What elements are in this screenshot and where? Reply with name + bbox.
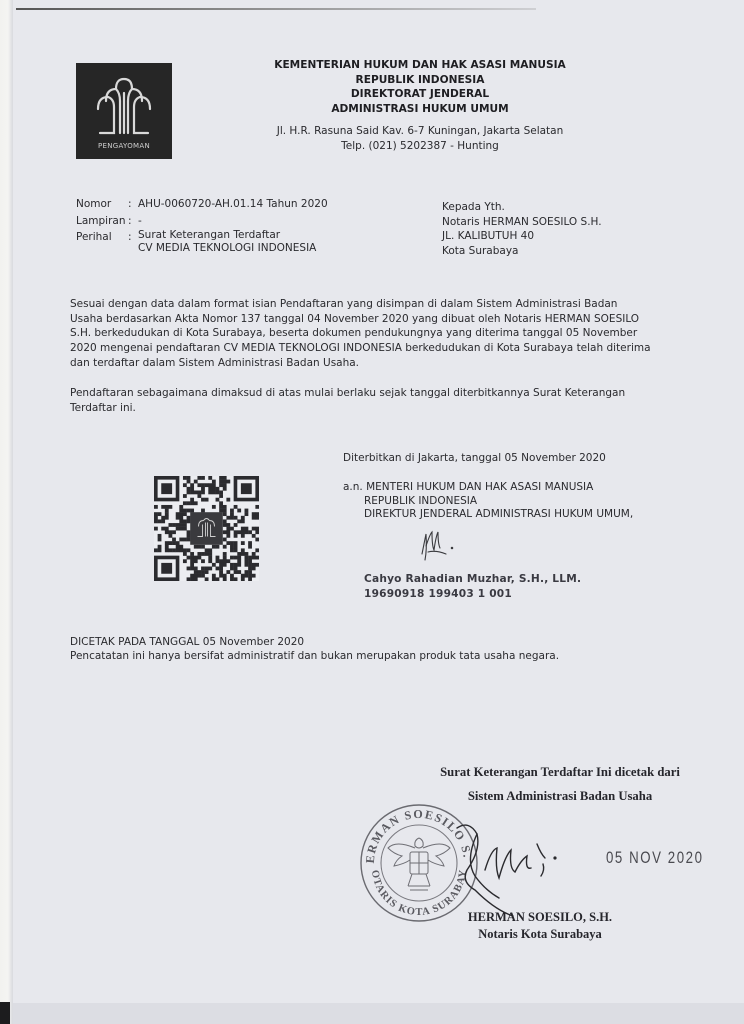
recipient-block: Kepada Yth. Notaris HERMAN SOESILO S.H. …	[442, 200, 602, 259]
office-phone: Telp. (021) 5202387 - Hunting	[240, 139, 600, 154]
scan-top-line	[16, 8, 536, 10]
printed-date: DICETAK PADA TANGGAL 05 November 2020	[70, 636, 559, 650]
qr-code-icon	[154, 476, 259, 581]
paragraph-line: S.H. berkedudukan di Kota Surabaya, bese…	[70, 326, 680, 341]
meta-colon: :	[128, 213, 138, 230]
office-address: Jl. H.R. Rasuna Said Kav. 6-7 Kuningan, …	[240, 124, 600, 139]
paragraph-line: Pendaftaran sebagaimana dimaksud di atas…	[70, 386, 680, 401]
date-stamp: 05 NOV 2020	[606, 848, 704, 868]
on-behalf-line: a.n. MENTERI HUKUM DAN HAK ASASI MANUSIA	[343, 481, 633, 495]
recipient-name: Notaris HERMAN SOESILO S.H.	[442, 215, 602, 230]
signature-icon	[455, 820, 595, 920]
scan-left-edge	[0, 0, 13, 1024]
reference-number: AHU-0060720-AH.01.14 Tahun 2020	[138, 196, 328, 213]
attachment-value: -	[138, 213, 142, 230]
official-info: Cahyo Rahadian Muzhar, S.H., LLM. 196909…	[364, 572, 581, 602]
paragraph-line: Terdaftar ini.	[70, 401, 680, 416]
scan-bottom-band	[13, 1003, 744, 1024]
on-behalf-block: a.n. MENTERI HUKUM DAN HAK ASASI MANUSIA…	[343, 481, 633, 522]
country-name: REPUBLIK INDONESIA	[240, 73, 600, 88]
notary-header-line-1: Surat Keterangan Terdaftar Ini dicetak d…	[395, 760, 725, 784]
directorate-name: ADMINISTRASI HUKUM UMUM	[240, 102, 600, 117]
meta-label: Perihal	[76, 229, 128, 255]
letterhead: KEMENTERIAN HUKUM DAN HAK ASASI MANUSIA …	[240, 58, 600, 154]
meta-label: Lampiran	[76, 213, 128, 230]
print-info: DICETAK PADA TANGGAL 05 November 2020 Pe…	[70, 636, 559, 663]
meta-perihal: Perihal : Surat Keterangan Terdaftar CV …	[76, 229, 328, 255]
recipient-salutation: Kepada Yth.	[442, 200, 602, 215]
letter-meta: Nomor : AHU-0060720-AH.01.14 Tahun 2020 …	[76, 196, 328, 255]
on-behalf-position: DIREKTUR JENDERAL ADMINISTRASI HUKUM UMU…	[343, 508, 633, 522]
scan-corner-shadow	[0, 1002, 10, 1024]
meta-nomor: Nomor : AHU-0060720-AH.01.14 Tahun 2020	[76, 196, 328, 213]
body-paragraph-2: Pendaftaran sebagaimana dimaksud di atas…	[70, 386, 680, 415]
official-name: Cahyo Rahadian Muzhar, S.H., LLM.	[364, 572, 581, 587]
ministry-name: KEMENTERIAN HUKUM DAN HAK ASASI MANUSIA	[240, 58, 600, 73]
official-nip: 19690918 199403 1 001	[364, 587, 581, 602]
official-signature	[412, 524, 462, 568]
notary-signatory: HERMAN SOESILO, S.H. Notaris Kota Suraba…	[430, 909, 650, 943]
signature-icon	[412, 524, 462, 564]
pengayoman-logo: PENGAYOMAN	[76, 63, 172, 159]
recipient-city: Kota Surabaya	[442, 244, 602, 259]
subject-line-2: CV MEDIA TEKNOLOGI INDONESIA	[138, 242, 316, 255]
subject-line-1: Surat Keterangan Terdaftar	[138, 229, 316, 242]
logo-label: PENGAYOMAN	[76, 142, 172, 150]
meta-lampiran: Lampiran : -	[76, 213, 328, 230]
on-behalf-country: REPUBLIK INDONESIA	[343, 495, 633, 509]
meta-colon: :	[128, 196, 138, 213]
paragraph-line: Sesuai dengan data dalam format isian Pe…	[70, 297, 680, 312]
paragraph-line: Usaha berdasarkan Akta Nomor 137 tanggal…	[70, 312, 680, 327]
notary-header: Surat Keterangan Terdaftar Ini dicetak d…	[395, 760, 725, 808]
subject-value: Surat Keterangan Terdaftar CV MEDIA TEKN…	[138, 229, 316, 255]
issued-place-date: Diterbitkan di Jakarta, tanggal 05 Novem…	[343, 452, 606, 464]
disclaimer: Pencatatan ini hanya bersifat administra…	[70, 650, 559, 664]
notary-title: Notaris Kota Surabaya	[430, 926, 650, 943]
body-paragraph-1: Sesuai dengan data dalam format isian Pe…	[70, 297, 680, 371]
meta-colon: :	[128, 229, 138, 255]
notary-name: HERMAN SOESILO, S.H.	[430, 909, 650, 926]
qr-code	[154, 476, 259, 581]
paragraph-line: 2020 mengenai pendaftaran CV MEDIA TEKNO…	[70, 341, 680, 356]
recipient-street: JL. KALIBUTUH 40	[442, 229, 602, 244]
meta-label: Nomor	[76, 196, 128, 213]
paragraph-line: dan terdaftar dalam Sistem Administrasi …	[70, 356, 680, 371]
directorate-general: DIREKTORAT JENDERAL	[240, 87, 600, 102]
